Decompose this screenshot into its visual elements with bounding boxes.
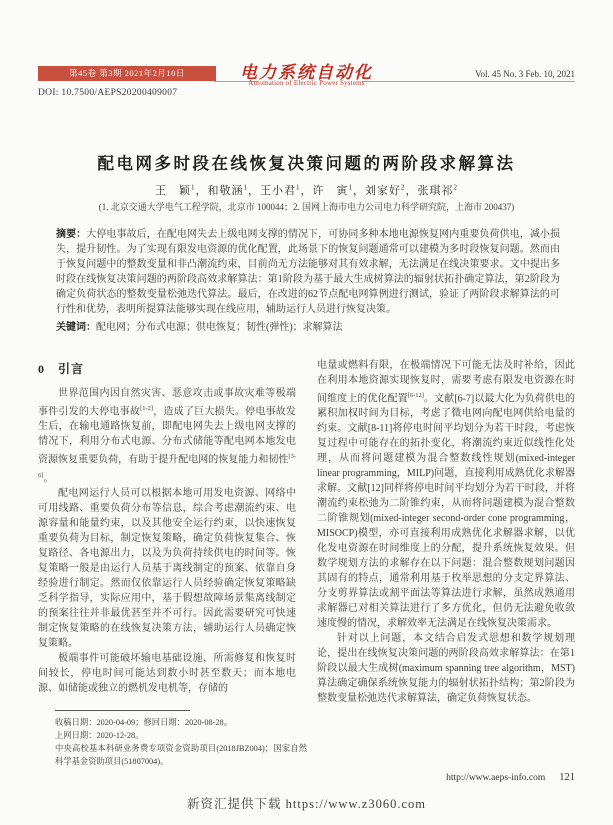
paragraph: 世界范围内因自然灾害、恶意攻击或事故灾难等极端事件引发的大停电事故[1-2]，造… xyxy=(38,386,296,486)
abstract-label: 摘要： xyxy=(56,229,86,240)
footnote-funding: 中央高校基本科研业务费专项资金资助项目(2018JBZ004)；国家自然科学基金… xyxy=(55,742,307,768)
affiliation-line: (1. 北京交通大学电气工程学院，北京市 100044；2. 国网上海市电力公司… xyxy=(0,200,613,213)
footnote-online-date: 上网日期：2020-12-28。 xyxy=(55,729,307,742)
paragraph: 极端事件可能破坏输电基础设施，所需修复和恢复时间较长，停电时间可能达到数小时甚至… xyxy=(38,651,296,696)
journal-url: http://www.aeps-info.com xyxy=(446,773,545,783)
download-watermark: 新资汇提供下载 https://www.z3060.com xyxy=(0,794,613,812)
paragraph: 电量或燃料有限，在极端情况下可能无法及时补给，因此在利用本地资源实现恢复时，需要… xyxy=(317,358,575,631)
page-number: 121 xyxy=(559,772,575,783)
section-heading-introduction: 0 引言 xyxy=(38,360,296,377)
page-footer: http://www.aeps-info.com121 xyxy=(446,772,575,783)
doi-text: DOI: 10.7500/AEPS20200409007 xyxy=(38,88,177,98)
abstract-body: 大停电事故后，在配电网失去上级电网支撑的情况下，可协同多种本地电源恢复网内重要负… xyxy=(56,229,560,315)
author-line: 王 颖1，和敬涵1，王小君1，许 寅1，刘家好2，张琪祁2 xyxy=(0,182,613,198)
right-column: 电量或燃料有限，在极端情况下可能无法及时补给，因此在利用本地资源实现恢复时，需要… xyxy=(317,358,575,706)
keywords-label: 关键词： xyxy=(56,322,96,333)
abstract-text: 摘要：大停电事故后，在配电网失去上级电网支撑的情况下，可协同多种本地电源恢复网内… xyxy=(56,227,560,317)
paragraph: 针对以上问题，本文结合启发式思想和数学规划理论，提出在线恢复决策问题的两阶段高效… xyxy=(317,631,575,706)
body-columns: 0 引言 世界范围内因自然灾害、恶意攻击或事故灾难等极端事件引发的大停电事故[1… xyxy=(38,358,575,706)
keywords-line: 关键词：配电网；分布式电源；供电恢复；韧性(弹性)；求解算法 xyxy=(56,320,560,335)
footnote-block: 收稿日期：2020-04-09；修回日期：2020-08-28。 上网日期：20… xyxy=(55,710,307,768)
article-title: 配电网多时段在线恢复决策问题的两阶段求解算法 xyxy=(0,150,613,174)
paper-page: 第45卷 第3期 2021年2月10日 DOI: 10.7500/AEPS202… xyxy=(0,0,613,825)
journal-title-en: Automation of Electric Power Systems xyxy=(0,79,613,87)
footnote-rule xyxy=(55,710,190,711)
footnote-received-date: 收稿日期：2020-04-09；修回日期：2020-08-28。 xyxy=(55,716,307,729)
paragraph: 配电网运行人员可以根据本地可用发电资源、网络中可用线路、重要负荷分布等信息，综合… xyxy=(38,486,296,651)
volume-info: Vol. 45 No. 3 Feb. 10, 2021 xyxy=(475,69,575,79)
abstract-block: 摘要：大停电事故后，在配电网失去上级电网支撑的情况下，可协同多种本地电源恢复网内… xyxy=(56,227,560,335)
left-column: 0 引言 世界范围内因自然灾害、恶意攻击或事故灾难等极端事件引发的大停电事故[1… xyxy=(38,358,296,706)
keywords-text: 配电网；分布式电源；供电恢复；韧性(弹性)；求解算法 xyxy=(96,322,343,333)
